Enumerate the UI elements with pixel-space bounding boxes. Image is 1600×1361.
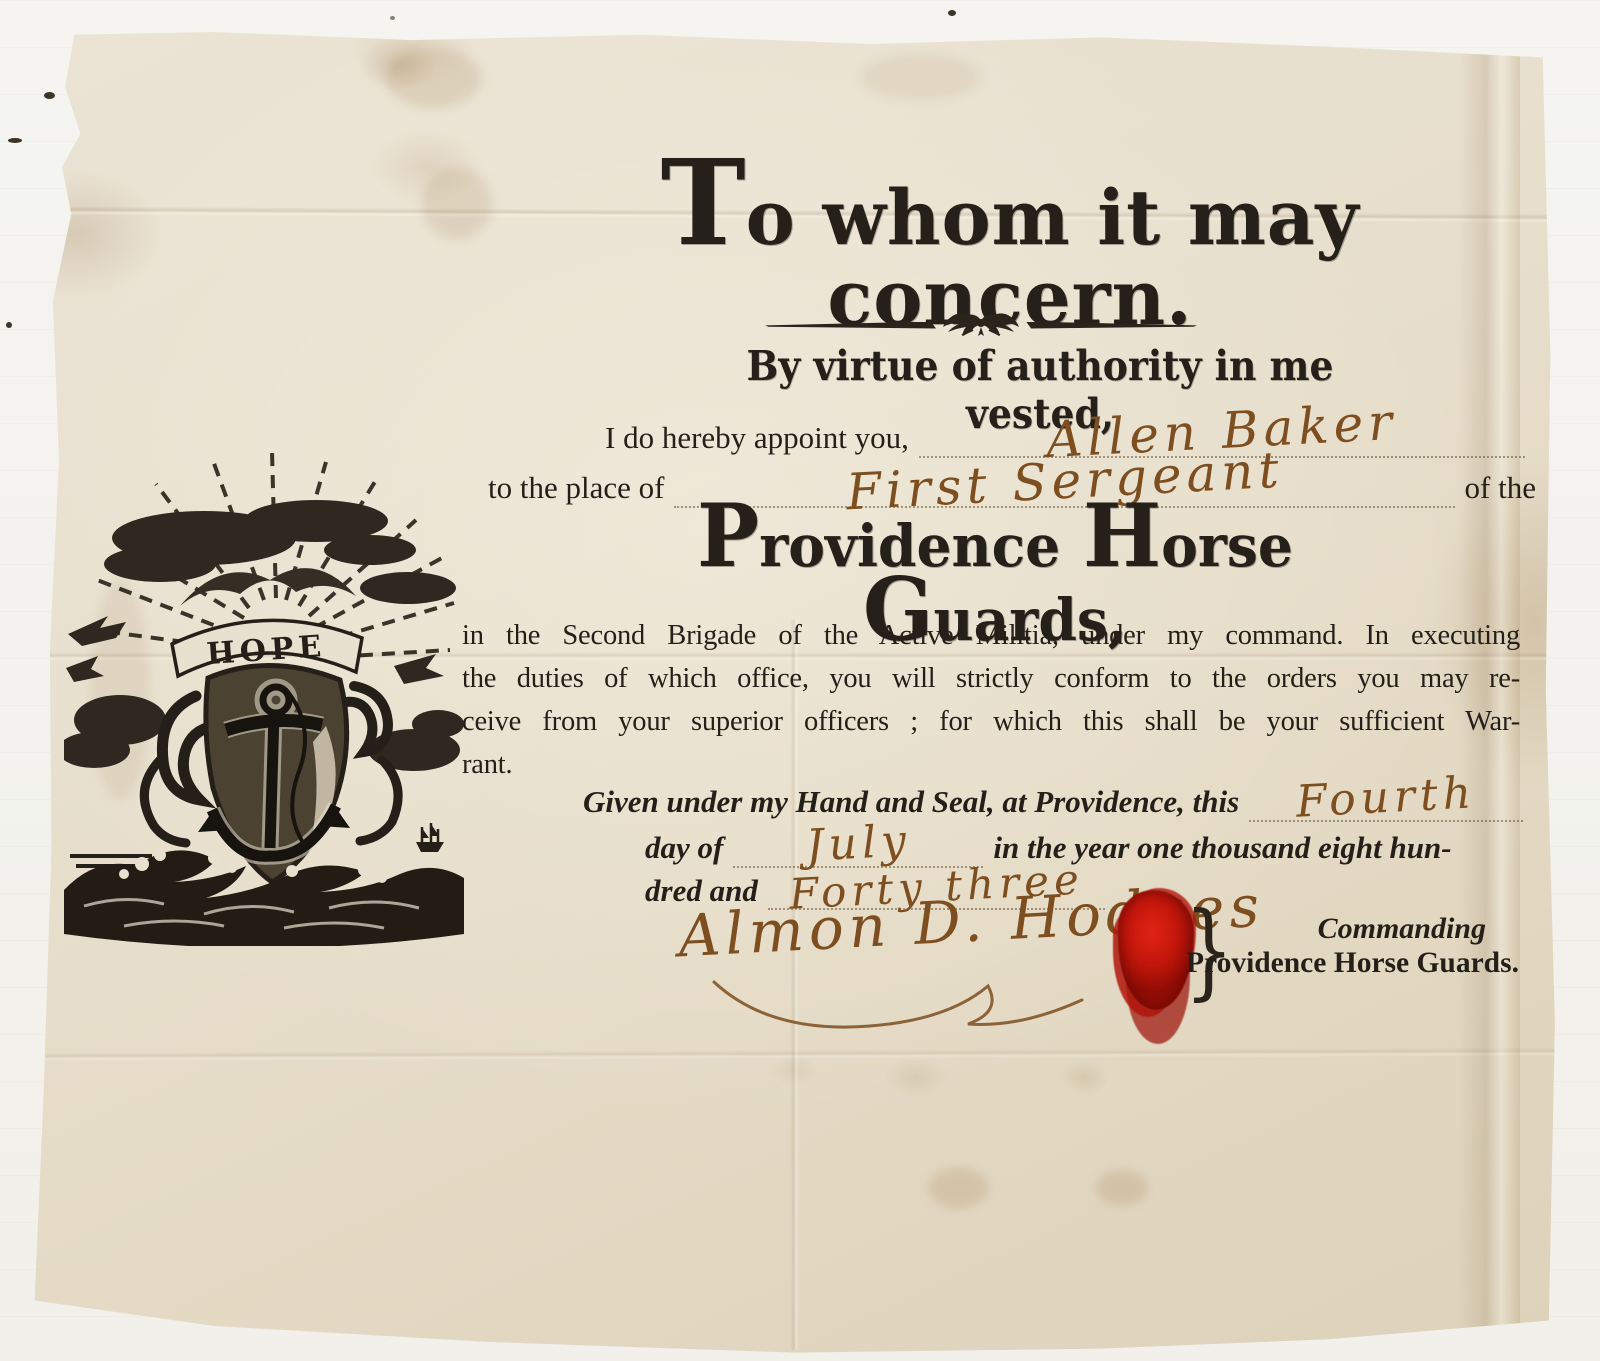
day-word-field: Fourth <box>1249 776 1523 822</box>
eagle-divider <box>765 308 1197 342</box>
commanding-label: Commanding <box>1186 912 1486 946</box>
dust-speck <box>44 92 55 99</box>
eagle-icon <box>942 308 1020 342</box>
ship-icon <box>416 823 444 852</box>
commanding-unit: Providence Horse Guards. <box>1186 946 1486 980</box>
rank-suffix: of the <box>1465 470 1536 506</box>
stain <box>928 1168 988 1208</box>
rank-field: First Sergeant <box>674 456 1454 508</box>
appointee-label: I do hereby appoint you, <box>605 420 909 456</box>
hope-anchor-crest: HOPE <box>64 428 466 946</box>
appointee-line: I do hereby appoint you, Allen Baker <box>605 406 1535 458</box>
day-of-label: day of <box>645 830 723 866</box>
given-label: Given under my Hand and Seal, at Provide… <box>583 784 1239 820</box>
organization-word: Horse <box>1083 506 1293 580</box>
body-line: the duties of which office, you will str… <box>462 657 1520 700</box>
stain <box>860 54 980 100</box>
body-line: ceive from your superior officers ; for … <box>462 700 1520 743</box>
wax-seal <box>1118 890 1194 1010</box>
stain <box>422 168 492 240</box>
divider-rule-right <box>1026 322 1197 329</box>
dust-speck <box>390 16 395 20</box>
stain <box>1096 1170 1148 1206</box>
scanned-certificate: HOPE <box>0 0 1600 1361</box>
dust-speck <box>8 138 22 143</box>
certificate-paper: HOPE <box>30 20 1558 1358</box>
date-line-2: day of July in the year one thousand eig… <box>645 822 1537 868</box>
handwritten-day: Fourth <box>1295 771 1477 824</box>
closing-block: Commanding Providence Horse Guards. <box>1186 912 1486 980</box>
dust-speck <box>6 322 12 328</box>
given-line: Given under my Hand and Seal, at Provide… <box>583 776 1533 822</box>
signature-flourish <box>690 968 1120 1053</box>
divider-rule-left <box>765 322 936 329</box>
dust-speck <box>948 10 956 16</box>
rank-line: to the place of First Sergeant of the <box>488 456 1536 508</box>
warrant-body: in the Second Brigade of the Active Mili… <box>462 614 1520 786</box>
handwritten-month: July <box>805 819 912 868</box>
body-line: in the Second Brigade of the Active Mili… <box>462 614 1520 657</box>
rank-label: to the place of <box>488 470 664 506</box>
stain <box>386 48 481 108</box>
